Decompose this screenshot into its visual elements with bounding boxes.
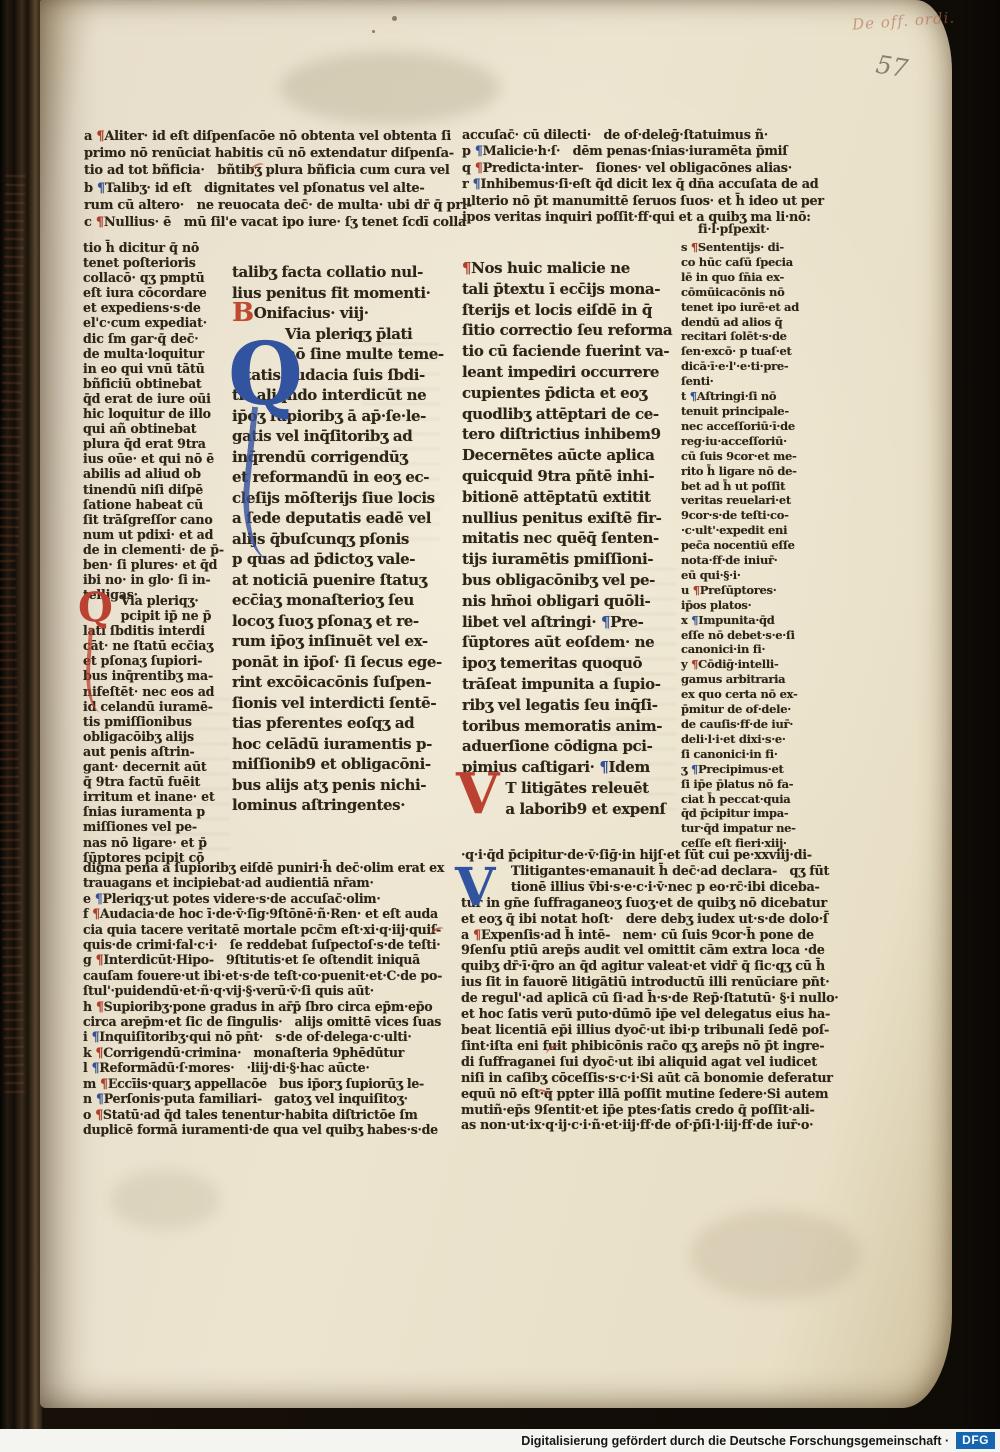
gloss-top-left: a ¶Aliter· id eſt diſpenſacōe nō obtenta…	[84, 128, 466, 231]
text-line: s ¶Sententijs· di-	[681, 240, 795, 255]
text-line: c ¶Nullius· ē mū ſil'e vacat ipo iure· ſ…	[84, 214, 466, 231]
text-line: nota·ff·de iniur̄·	[681, 553, 795, 568]
text-line: ipoʒ temeritas quoquō	[462, 653, 686, 674]
text-line: q̄ 9tra factū fuēit	[83, 774, 233, 789]
text-line: tio h̄ dicitur q̄ nō	[83, 240, 233, 255]
text-line: f ¶Audacia·de hoc ī·de·v̄·ſig·9ſtōnē·ñ·R…	[83, 906, 467, 921]
text-line: o ¶Statū·ad q̄d tales tenentur·habita di…	[83, 1107, 467, 1122]
dfg-logo: DFG	[956, 1432, 995, 1449]
text-line: tero diſtrictius inhibem9	[462, 424, 686, 445]
text-line: canonici·in fi·	[681, 642, 795, 657]
text-line: r ¶Inhibemus·ſi·eſt q̄d dicit lex q̄ dn̄…	[462, 177, 794, 193]
text-line: tionē illius v̄bi·s·e·c·i·v̄·nec p eo·rc…	[461, 880, 795, 896]
text-line: at noticiā puenire ſtatuʒ	[232, 570, 440, 591]
text-line: as non·ut·ix·q·ij·c·i·ñ·et·iij·ff·de of·…	[461, 1118, 795, 1134]
text-line: l ¶Reformādū·ſ·mores· ·liij·di·§·hac aūc…	[83, 1060, 467, 1075]
text-line: q̄d p̄cipitur impa-	[681, 806, 795, 821]
ink-speck	[372, 30, 375, 33]
text-line: hoc celādū iuramentis p-	[232, 734, 440, 755]
text-line: leant impediri occurrere	[462, 362, 686, 383]
text-line: trāſeat impunita a ſupio-	[462, 674, 686, 695]
text-line: nifeſtēt· nec eos ad	[83, 684, 233, 699]
text-line: bus alijs atʒ penis nichi-	[232, 775, 440, 796]
text-line: q̄d erat de iure oūi	[83, 391, 233, 406]
text-line: quibʒ dr̄·ī·q̄ro an q̄d agitur valeat·et…	[461, 959, 795, 975]
text-line: collacō· qʒ pmptū	[83, 270, 233, 285]
text-line: recitari ſolēt·s·de	[681, 329, 795, 344]
text-line: q ¶Predicta·inter- ſiones· vel obligacōn…	[462, 161, 794, 177]
text-line: mitatis nec quēq̄ ſenten-	[462, 528, 686, 549]
gloss-bottom-left: digna pena a ſupioribʒ eiſdē puniri·h̄ d…	[83, 860, 467, 1137]
folio-number: 57	[874, 50, 910, 84]
text-line: k ¶Corrigendū·crimina· monaſteria 9phēdū…	[83, 1045, 467, 1060]
text-line: a ¶Aliter· id eſt diſpenſacōe nō obtenta…	[84, 128, 466, 145]
text-line: de cauſis·ff·de iur̄·	[681, 717, 795, 732]
initial-v-red: V	[456, 766, 499, 822]
text-line: t ¶Aſtringi·ſi nō	[681, 389, 795, 404]
text-line: cōmūicacōnis nō	[681, 285, 795, 300]
text-line: bus inq̄rentibʒ ma-	[83, 668, 233, 683]
text-line: ſi canonici·in fi·	[681, 747, 795, 762]
text-line: cū ſuis 9cor·et me-	[681, 449, 795, 464]
text-line: tenuit principale-	[681, 404, 795, 419]
text-line: nec acceſſoriū·ī·de	[681, 419, 795, 434]
ink-speck	[392, 16, 397, 21]
text-line: ʒ ¶Precipimus·et	[681, 762, 795, 777]
text-line: ex quo certa nō ex-	[681, 687, 795, 702]
text-line: id celandū iuramē-	[83, 699, 233, 714]
text-line: tias pferentes eoſqʒ ad	[232, 713, 440, 734]
text-line: et hoc ſatis verū puto·dūmō ip̄e vel del…	[461, 1007, 795, 1023]
text-line: abilis ad aliud ob	[83, 466, 233, 481]
manuscript-scan: De off. ordi. 57 a ¶Aliter· id eſt diſpe…	[0, 0, 1000, 1452]
text-line: dicā·ī·e·l'·e·ti·pre-	[681, 359, 795, 374]
text-line: p ¶Malicie·h·ſ· dēm penas·ſnias·iuramēta…	[462, 144, 794, 160]
text-line: tio cū faciende fuerint va-	[462, 341, 686, 362]
text-line: reg·iu·acceſſoriū·	[681, 434, 795, 449]
main-text-right-column: ¶Nos huic malicie netali p̄textu ī ecc̄i…	[462, 258, 686, 820]
text-line: h ¶Supioribʒ·pone gradus in ar̄p̄ ſbro c…	[83, 999, 467, 1014]
text-line: BOnifacius· viij·	[232, 303, 440, 324]
stain	[280, 52, 500, 124]
text-line: et eoʒ q̄ ibi notat hoſt· dere debʒ iude…	[461, 912, 795, 928]
text-line: deli·l·i·et dixi·s·e·	[681, 732, 795, 747]
digitization-credit: Digitalisierung gefördert durch die Deut…	[521, 1434, 949, 1448]
text-line: m ¶Eccīis·quarʒ appellacōe bus ip̄orʒ ſu…	[83, 1076, 467, 1091]
text-line: ſen·excō· p tuaſ·et	[681, 344, 795, 359]
text-line: 9ſenſu ptiū arep̄s audit vel omittit cām…	[461, 943, 795, 959]
text-line: a ¶Expenſis·ad h̄ intē- nem· cū ſuis 9co…	[461, 928, 795, 944]
text-line: accuſac̄· cū dilecti· de of·deleḡ·ſtatui…	[462, 128, 794, 144]
text-line: ſtul'·puidendū·et·ñ·q·vij·§·verū·v̄·ſi q…	[83, 983, 467, 998]
text-line: niſi in caſibʒ cōceſſis·s·c·i·Si aūt cā …	[461, 1071, 795, 1087]
text-line: aduerſione cōdigna pci-	[462, 736, 686, 757]
text-line: ·q·i·q̄d p̄cipitur·de·v̄·ſiḡ·in hijſ·et …	[461, 848, 795, 864]
text-line: bñficiū obtinebat	[83, 376, 233, 391]
text-line: toribus memoratis anim-	[462, 716, 686, 737]
text-line: trauagans et incipiebat·ad audientiā nr̄…	[83, 875, 467, 890]
text-line: tur in gn̄e ſuffraganeoʒ ſuoʒ·et de quib…	[461, 896, 795, 912]
text-line: ius ſit in fauorē litigātiū introductū i…	[461, 975, 795, 991]
text-line: eſſe nō debet·s·e·ſi	[681, 628, 795, 643]
text-line: ſterijs et locis eiſdē in q̄	[462, 300, 686, 321]
digitization-banner: Digitalisierung gefördert durch die Deut…	[0, 1429, 1000, 1452]
text-line: el'c·cum expediat·	[83, 315, 233, 330]
text-line: plura q̄d erat 9tra	[83, 436, 233, 451]
text-line: e ¶Pleriqʒ·ut potes videre·s·de accuſac̄…	[83, 891, 467, 906]
text-line: ſint·iſta eni fuit phibicōnis rac̄o qʒ a…	[461, 1039, 795, 1055]
text-line: et pſonaʒ ſupiori-	[83, 653, 233, 668]
text-line: equū nō eſt·q̄ ppter illā poſſit mutine …	[461, 1087, 795, 1103]
gloss-far-right-column: s ¶Sententijs· di-co hūc caſū ſpecialē i…	[681, 240, 795, 851]
text-line: aut penis aſtrin-	[83, 744, 233, 759]
text-line: dic ſm gar·q̄ dec̄·	[83, 331, 233, 346]
text-line: veritas reuelari·et	[681, 493, 795, 508]
text-line: rint excōicacōnis ſuſpen-	[232, 672, 440, 693]
text-line: bus obligacōnibʒ vel pe-	[462, 570, 686, 591]
text-line: obligacōibʒ alijs	[83, 729, 233, 744]
text-line: locoʒ ſuoʒ pſonaʒ et re-	[232, 611, 440, 632]
text-line: mutiñ·ep̄s 9ſentit·et ip̄e ptes·ſatis cr…	[461, 1103, 795, 1119]
text-line: de regul'·ad aplicā cū ſi·ad h̄·s·de Rep…	[461, 991, 795, 1007]
text-line: rito h̄ ligare nō de-	[681, 464, 795, 479]
gloss-left-column-upper: tio h̄ dicitur q̄ nōtenet poſterioriscol…	[83, 240, 233, 602]
text-line: ſatione habeat cū	[83, 497, 233, 512]
initial-q-blue: Q	[228, 332, 303, 418]
text-line: rum cū altero· ne reuocata dec̄· de mult…	[84, 197, 466, 214]
text-line: pec̄a nocentiū eſſe	[681, 538, 795, 553]
text-line: bet ad h̄ ut poſſit	[681, 479, 795, 494]
text-line: tenet ipo iurē·et ad	[681, 300, 795, 315]
text-line: nis hm̄oi obligari quōli-	[462, 591, 686, 612]
text-line: ·c·ult'·expedit eni	[681, 523, 795, 538]
text-line: eſt iura cōcordare	[83, 285, 233, 300]
text-line: in eo qui vnū tātū	[83, 361, 233, 376]
text-line: tis pmiſſionibus	[83, 714, 233, 729]
text-line: gamus arbitraria	[681, 672, 795, 687]
text-line: ulterio nō p̄t manumittē ſeruos ſuos· et…	[462, 194, 794, 210]
text-line: ſūptores aūt eoſdem· ne	[462, 632, 686, 653]
text-line: 9cor·s·de teſti·co-	[681, 508, 795, 523]
text-line: lius penitus fit momenti·	[232, 283, 440, 304]
text-line: nullius penitus exiſtē fir-	[462, 508, 686, 529]
gloss-top-right: accuſac̄· cū dilecti· de of·deleḡ·ſtatui…	[462, 128, 794, 226]
text-line: ciat h̄ peccat·quia	[681, 792, 795, 807]
text-line: ip̄os platos·	[681, 598, 795, 613]
text-line: ſnias iuramenta p	[83, 804, 233, 819]
text-line: miſſiones vel pe-	[83, 819, 233, 834]
text-line: hic loquitur de illo	[83, 406, 233, 421]
text-line: cia quia tacere veritatē mortale pcc̄m e…	[83, 922, 467, 937]
text-line: nas nō ligare· et p̄	[83, 835, 233, 850]
text-line: y ¶Cōdiḡ·intelli-	[681, 657, 795, 672]
text-line: beat licentiā ep̄i illius dyoc̄·ut ibi·p…	[461, 1023, 795, 1039]
stain	[690, 1210, 860, 1300]
text-line: rum ip̄oʒ inſinuēt vel ex-	[232, 631, 440, 652]
text-line: quis·de crimi·fal·c·i· ſe reddebat ſuſpe…	[83, 937, 467, 952]
text-line: co hūc caſū ſpecia	[681, 255, 795, 270]
text-line: b ¶Talibʒ· id eſt dignitates vel pſonatu…	[84, 180, 466, 197]
stain	[110, 1170, 220, 1230]
text-line: duplicē formā iuramenti·de qua vel quibʒ…	[83, 1122, 467, 1137]
text-line: tinendū niſi diſpē	[83, 482, 233, 497]
text-line: num ut pdixi· et ad	[83, 527, 233, 542]
text-line: tijs iuramētis pmiſſioni-	[462, 549, 686, 570]
text-line: primo nō renūciat habitis cū nō extendat…	[84, 145, 466, 162]
text-line: ſenti·	[681, 374, 795, 389]
text-line: tio ad tot bñficia· bñtibʒ plura bñficia…	[84, 162, 466, 179]
text-line: ¶Nos huic malicie ne	[462, 258, 686, 279]
initial-q-red: Q	[78, 588, 113, 628]
text-line: cauſam fouere·ut ibi·et·s·de teſt·co·pue…	[83, 968, 467, 983]
text-line: et expediens·s·de	[83, 300, 233, 315]
text-line: ius oūe· et qui nō ē	[83, 451, 233, 466]
text-line: u ¶Preſūptores·	[681, 583, 795, 598]
text-line: ſit trāſgreſſor cano	[83, 512, 233, 527]
gloss-pspexit-note: fi·l·pſpexit·	[698, 222, 770, 237]
text-line: digna pena a ſupioribʒ eiſdē puniri·h̄ d…	[83, 860, 467, 875]
text-line: Tlitigantes·emanauit h̄ dec̄·ad declara-…	[461, 864, 795, 880]
text-line: tenet poſterioris	[83, 255, 233, 270]
text-line: quodlibʒ attēptari de ce-	[462, 404, 686, 425]
text-line: x ¶Impunita·q̄d	[681, 613, 795, 628]
text-line: ponāt in ip̄oſ· ſi ſecus ege-	[232, 652, 440, 673]
text-line: p̄mitur de of·dele·	[681, 702, 795, 717]
text-line: ribʒ vel legatis ſeu inq̄ſi-	[462, 695, 686, 716]
text-line: miſſionib9 et obligacōni-	[232, 754, 440, 775]
text-line: di ſuffraganei ſui dyoc̄·ut ibi aliquid …	[461, 1055, 795, 1071]
text-line: n ¶Perſonis·puta familiari- gatoʒ vel in…	[83, 1091, 467, 1106]
text-line: qui añ obtinebat	[83, 421, 233, 436]
text-line: de in clementi· de p̄-	[83, 542, 233, 557]
text-line: tali p̄textu ī ecc̄ijs mona-	[462, 279, 686, 300]
text-line: bitionē attēptatū extitit	[462, 487, 686, 508]
text-line: ſitio correctio ſeu reforma	[462, 320, 686, 341]
text-line: cupientes p̄dicta et eoʒ	[462, 383, 686, 404]
text-line: quicquid 9tra pñtē inhi-	[462, 466, 686, 487]
initial-v-blue: V	[455, 862, 495, 914]
text-line: lominus aſtringentes·	[232, 795, 440, 816]
text-line: Decernētes aūcte aplica	[462, 445, 686, 466]
text-line: talibʒ facta collatio nul-	[232, 262, 440, 283]
text-line: i ¶Inquiſitoribʒ·qui nō pn̄t· s·de of·de…	[83, 1029, 467, 1044]
text-line: ben· ſi plures· et q̄d	[83, 557, 233, 572]
text-line: irritum et inane· et	[83, 789, 233, 804]
text-line: dendū ad alios q̄	[681, 315, 795, 330]
text-line: lē in quo ſn̄ia ex-	[681, 270, 795, 285]
text-line: ſi ip̄e p̄latus nō fa-	[681, 777, 795, 792]
text-line: ſionis vel interdicti ſentē-	[232, 693, 440, 714]
gloss-bottom-right: ·q·i·q̄d p̄cipitur·de·v̄·ſiḡ·in hijſ·et …	[461, 848, 795, 1134]
text-line: tur·q̄d impatur ne-	[681, 821, 795, 836]
text-line: eū qui·§·i·	[681, 568, 795, 583]
text-line: circa arep̄m·et ſic de ſingulis· alijs o…	[83, 1014, 467, 1029]
text-line: de multa·loquitur	[83, 346, 233, 361]
text-line: ecc̄iaʒ monaſterioʒ ſeu	[232, 590, 440, 611]
text-line: g ¶Interdicūt·Hipo- 9ſtitutis·et ſe oſte…	[83, 952, 467, 967]
text-line: gant· decernit aūt	[83, 759, 233, 774]
text-line: libet vel aſtringi· ¶Pre-	[462, 612, 686, 633]
